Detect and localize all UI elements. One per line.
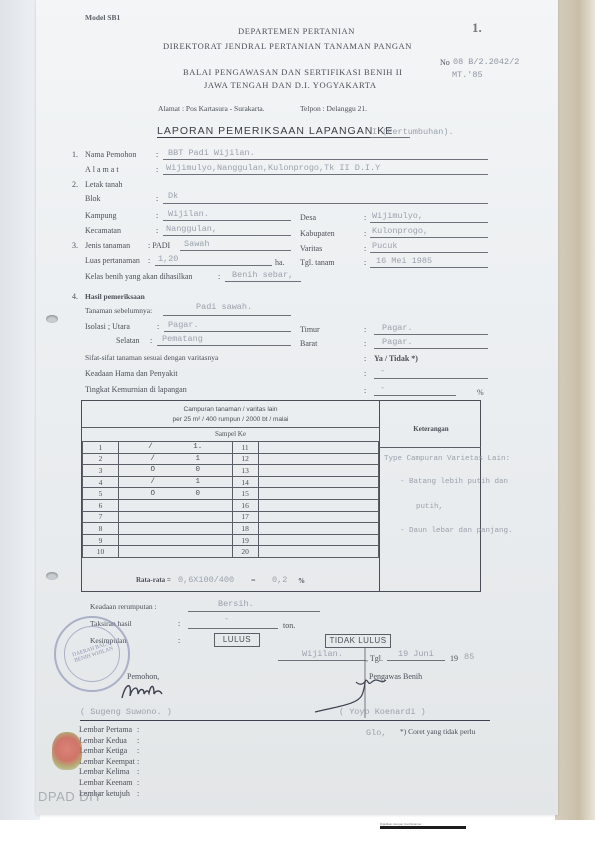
colon: :: [148, 256, 150, 265]
remarks-line-4: - Daun lebar dan panjang.: [400, 527, 513, 535]
colon: :: [156, 194, 158, 203]
table-row: 3O 013: [83, 465, 379, 477]
table-row: 717: [83, 511, 379, 523]
table-row: 616: [83, 499, 379, 511]
sample-number: 14: [232, 476, 258, 488]
pest-disease-line: [374, 369, 488, 379]
sample-count: O 0: [118, 465, 232, 477]
institute-line1: BALAI PENGAWASAN DAN SERTIFIKASI BENIH I…: [183, 67, 403, 77]
institute-line2: JAWA TENGAH DAN D.I. YOGYAKARTA: [204, 80, 377, 90]
table-title-line1: Campuran tanaman / varitas lain: [82, 406, 379, 413]
kecamatan-label: Kecamatan: [85, 226, 121, 235]
isolation-east-value: Pagar.: [382, 323, 413, 333]
applicant-printed-name: ( Sugeng Suwono. ): [80, 707, 172, 717]
applicant-name-value: BBT Padi Wijilan.: [168, 148, 255, 158]
section-2-number: 2.: [72, 180, 78, 189]
isolation-north-label: Isolasi ; Utara: [85, 322, 130, 331]
isolation-south-label: Selatan: [116, 336, 140, 345]
watermark: DPAD DIY: [38, 789, 102, 804]
kabupaten-value: Kulonprogo,: [372, 226, 428, 236]
sample-header: Sampel Ke: [82, 430, 379, 438]
sample-number: 19: [232, 534, 258, 546]
sample-count: [118, 499, 232, 511]
sample-count: [258, 476, 378, 488]
kabupaten-label: Kabupaten: [300, 229, 335, 238]
colon: :: [137, 746, 139, 755]
sample-number: 5: [83, 488, 119, 500]
sample-count: [258, 499, 378, 511]
table-divider: [82, 427, 379, 428]
sample-count: [118, 511, 232, 523]
yield-line: [188, 619, 278, 629]
sample-number: 15: [232, 488, 258, 500]
year-value: 85: [464, 652, 474, 662]
sample-count: [258, 488, 378, 500]
variety-label: Varitas: [300, 244, 322, 253]
sample-number: 11: [232, 442, 258, 454]
applicant-name-label: Nama Pemohon: [85, 150, 136, 159]
sample-number: 9: [83, 534, 119, 546]
colon: :: [157, 322, 159, 331]
colon: :: [137, 725, 139, 734]
footer-divider: [80, 720, 490, 721]
sample-count: [258, 511, 378, 523]
colon: :: [137, 736, 139, 745]
table-row: 818: [83, 523, 379, 535]
crop-type-prefix: : PADI: [148, 241, 170, 250]
colon: :: [364, 386, 366, 395]
sample-value: 1.: [193, 443, 202, 451]
average-unit: %: [298, 577, 305, 585]
remarks-line-2: - Batang lebih putih dan: [400, 478, 508, 486]
sample-count: [118, 546, 232, 558]
pass-option[interactable]: LULUS: [214, 633, 260, 647]
sample-number: 20: [232, 546, 258, 558]
sample-count: [118, 523, 232, 535]
applicant-address-value: Wijimulyo,Nanggulan,Kulonprogo,Tk II D.I…: [166, 163, 380, 173]
sample-count: / 1: [118, 476, 232, 488]
punch-hole: [46, 572, 58, 580]
sample-value: 0: [196, 490, 201, 498]
institute-phone: Telpon : Delanggu 21.: [300, 104, 367, 113]
bottom-caption: Dijadikan dengan CamScanner: [380, 822, 466, 826]
seed-class-label: Kelas benih yang akan dihasilkan: [85, 272, 193, 281]
colon: :: [156, 226, 158, 235]
remarks-line-1: Type Campuran Varietas Lain:: [384, 455, 510, 463]
sample-number: 7: [83, 511, 119, 523]
remarks-line-3: putih,: [416, 503, 443, 511]
seed-class-value: Benih sebar,: [232, 270, 293, 280]
sample-value: 0: [196, 466, 201, 474]
area-label: Luas pertanaman: [85, 256, 140, 265]
colon: :: [150, 336, 152, 345]
colon: :: [156, 211, 158, 220]
sample-count: [258, 465, 378, 477]
colon: :: [137, 767, 139, 776]
doc-no-value: 08 B/2.2042/2: [453, 57, 519, 67]
average-equals: =: [251, 576, 256, 585]
distribution-item: Lembar Kedua:: [79, 736, 139, 747]
field-purity-label: Tingkat Kemurnian di lapangan: [85, 385, 187, 394]
remarks-header: Keterangan: [381, 425, 481, 433]
desa-label: Desa: [300, 213, 316, 222]
colon: :: [364, 369, 366, 378]
bottom-caption-bar: [380, 826, 466, 829]
colon: :: [156, 150, 158, 159]
weeds-label: Keadaan rerumputan :: [90, 602, 157, 611]
isolation-south-value: Pematang: [162, 334, 203, 344]
sample-count: [258, 546, 378, 558]
average-label: Rata-rata =: [136, 576, 171, 584]
kampung-label: Kampung: [85, 211, 117, 220]
tally-mark: /: [148, 443, 153, 451]
colon: :: [364, 244, 366, 253]
distribution-label: Lembar Ketiga: [79, 746, 137, 757]
distribution-label: Lembar Kedua: [79, 736, 137, 747]
field-purity-line: [374, 386, 456, 396]
inspection-results-title: Hasil pemeriksaan: [85, 292, 145, 301]
table-row: 4/ 114: [83, 476, 379, 488]
directorate-name: DIREKTORAT JENDRAL PERTANIAN TANAMAN PAN…: [163, 41, 412, 51]
applicant-address-label: Alamat: [85, 165, 121, 174]
sample-count: [258, 453, 378, 465]
yield-unit: ton.: [283, 621, 295, 630]
colon: :: [178, 619, 180, 628]
colon: :: [218, 272, 220, 281]
inspector-printed-name: ( Yoyo Koenardi ): [339, 707, 426, 717]
sample-number: 6: [83, 499, 119, 511]
isolation-west-label: Barat: [300, 339, 317, 348]
crop-type-value: Sawah: [184, 239, 210, 249]
colon: :: [156, 165, 158, 174]
table-row: 2/ 112: [83, 453, 379, 465]
sample-number: 1: [83, 442, 119, 454]
backdrop-left: [0, 0, 40, 820]
isolation-north-value: Pagar.: [168, 320, 199, 330]
distribution-label: Lembar Keenam: [79, 778, 137, 789]
section-3-number: 3.: [72, 241, 78, 250]
table-title-line2: per 25 m² / 400 rumpun / 2000 bt / malai: [82, 416, 379, 423]
model-code: Model SB1: [85, 13, 120, 22]
isolation-west-value: Pagar.: [382, 337, 413, 347]
tally-mark: /: [150, 478, 155, 486]
planting-date-label: Tgl. tanam: [300, 258, 335, 267]
variety-conformity-label: Sifat-sifat tanaman sesuai dengan varita…: [85, 353, 218, 362]
table-row: 1/ 1.11: [83, 442, 379, 454]
table-row: 1020: [83, 546, 379, 558]
distribution-label: Lembar Kelima: [79, 767, 137, 778]
report-title: LAPORAN PEMERIKSAAN LAPANGAN KE: [157, 125, 393, 138]
weeds-value: Bersih.: [218, 599, 254, 609]
sample-number: 3: [83, 465, 119, 477]
colon: :: [364, 325, 366, 334]
distribution-item: Lembar Kelima:: [79, 767, 139, 778]
distribution-item: Lembar Keenam:: [79, 778, 139, 789]
sample-number: 10: [83, 546, 119, 558]
distribution-item: Lembar Pertama:: [79, 725, 139, 736]
sample-count: [118, 534, 232, 546]
colon: :: [137, 778, 139, 787]
colon: :: [137, 757, 139, 766]
sample-number: 16: [232, 499, 258, 511]
sample-number: 17: [232, 511, 258, 523]
section-4-number: 4.: [72, 292, 78, 301]
date-value: 19 Juni: [398, 649, 434, 659]
sample-count: / 1.: [118, 442, 232, 454]
sample-number: 18: [232, 523, 258, 535]
colon: :: [364, 229, 366, 238]
land-location-title: Letak tanah: [85, 180, 123, 189]
section-1-number: 1.: [72, 150, 78, 159]
table-row: 919: [83, 534, 379, 546]
kampung-value: Wijilan.: [168, 209, 209, 219]
sample-count: / 1: [118, 453, 232, 465]
punch-hole: [46, 315, 58, 323]
applicant-signature: [118, 680, 173, 705]
variety-conformity-options: Ya / Tidak *): [374, 354, 418, 363]
coat-of-arms-emblem: [52, 732, 82, 770]
crop-type-label: Jenis tanaman: [85, 241, 130, 250]
ministry-name: DEPARTEMEN PERTANIAN: [238, 26, 355, 36]
area-value: 1,20: [158, 254, 178, 264]
colon: :: [364, 354, 366, 363]
sample-count: [258, 534, 378, 546]
colon: :: [178, 636, 180, 645]
variety-value: Pucuk: [372, 241, 398, 251]
sample-table: 1/ 1.11 2/ 112 3O 013 4/ 114 5O 015 616 …: [82, 441, 379, 558]
footnote: *) Coret yang tidak perlu: [400, 727, 475, 736]
archive-note: Glo,: [366, 728, 386, 738]
kecamatan-value: Nanggulan,: [166, 224, 217, 234]
sample-number: 4: [83, 476, 119, 488]
sample-count: O 0: [118, 488, 232, 500]
area-unit: ha.: [275, 258, 285, 267]
desa-value: Wijimulyo,: [372, 211, 423, 221]
tally-mark: O: [150, 466, 155, 474]
year-prefix: 19: [450, 654, 458, 663]
blok-line: [163, 194, 488, 204]
average-formula: 0,6X100/400: [178, 575, 234, 585]
doc-no-label: No: [440, 58, 450, 67]
sample-count: [258, 523, 378, 535]
sample-value: 1: [196, 478, 201, 486]
sample-count: [258, 442, 378, 454]
sample-number: 13: [232, 465, 258, 477]
sample-number: 8: [83, 523, 119, 535]
isolation-east-label: Timur: [300, 325, 320, 334]
colon: :: [364, 258, 366, 267]
planting-date-value: 16 Mei 1985: [376, 256, 432, 266]
average-value: 0,2: [272, 575, 287, 585]
yield-value: -: [224, 614, 229, 624]
tally-mark: O: [150, 490, 155, 498]
pest-disease-label: Keadaan Hama dan Penyakit: [85, 369, 178, 378]
institute-address: Alamat : Pos Kartasura - Surakarta.: [158, 104, 265, 113]
sample-number: 2: [83, 453, 119, 465]
distribution-label: Lembar Pertama: [79, 725, 137, 736]
previous-crop-value: Padi sawah.: [196, 302, 252, 312]
doc-no-line2: MT.'85: [452, 70, 483, 80]
tally-mark: /: [150, 455, 155, 463]
field-purity-value: -: [380, 383, 385, 393]
colon: :: [137, 789, 139, 798]
blok-label: Blok: [85, 194, 101, 203]
blok-value: Dk: [168, 191, 178, 201]
distribution-label: Lembar Keempat: [79, 757, 137, 768]
table-row: 5O 015: [83, 488, 379, 500]
distribution-item: Lembar Keempat:: [79, 757, 139, 768]
colon: :: [364, 339, 366, 348]
page-mark: 1.: [472, 20, 482, 36]
crop-type-prefix-text: PADI: [152, 241, 170, 250]
field-purity-unit: %: [477, 388, 484, 397]
pest-disease-value: -: [380, 366, 385, 376]
weeds-line: [188, 602, 320, 612]
colon: :: [364, 213, 366, 222]
remarks-divider: [379, 447, 481, 448]
inspection-number: I (Pertumbuhan).: [372, 127, 454, 137]
sample-value: 1: [196, 455, 201, 463]
distribution-item: Lembar Ketiga:: [79, 746, 139, 757]
sample-number: 12: [232, 453, 258, 465]
backdrop-right: [555, 0, 595, 820]
previous-crop-label: Tanaman sebelumnya:: [85, 306, 152, 315]
